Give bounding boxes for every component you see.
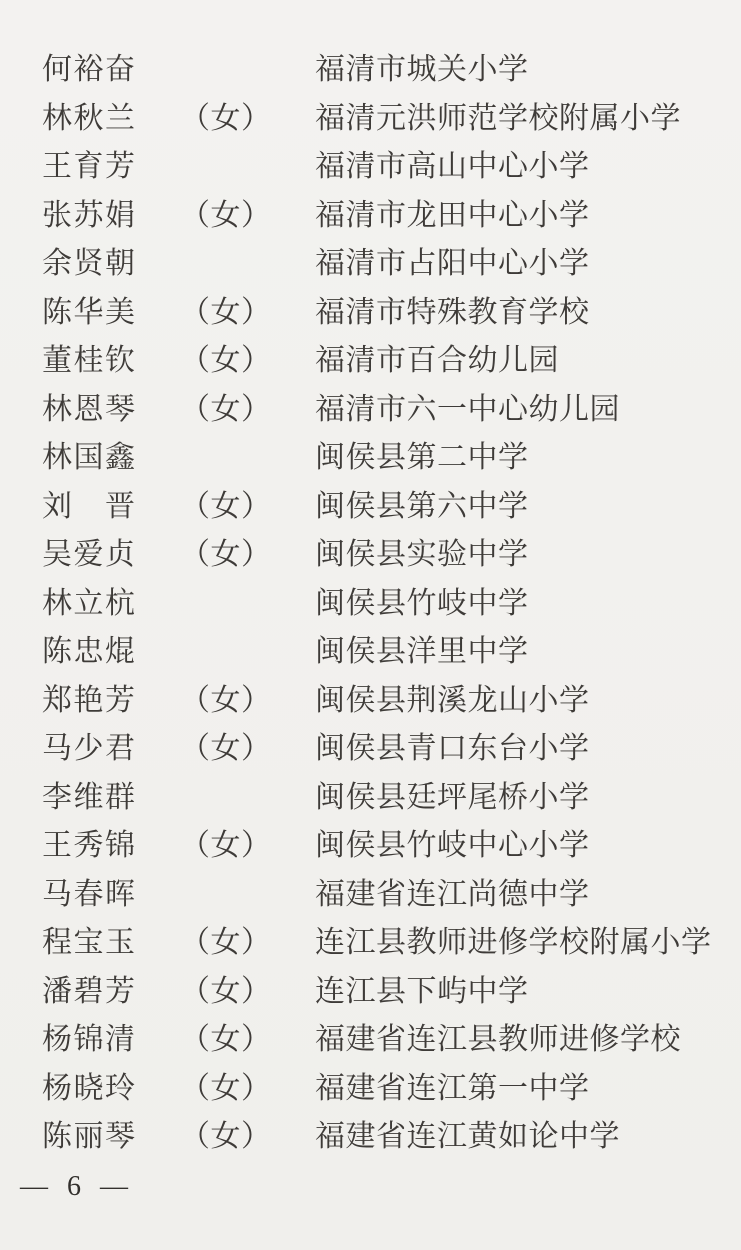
teacher-name: 王秀锦 xyxy=(42,831,180,861)
table-row: 马春晖 福建省连江尚德中学 xyxy=(42,871,731,920)
gender-marker: （女） xyxy=(180,831,315,861)
page-number: — 6 — xyxy=(20,1171,731,1203)
school-name: 福建省连江黄如论中学 xyxy=(315,1122,731,1152)
gender-marker: （女） xyxy=(180,540,315,570)
school-name: 福清市特殊教育学校 xyxy=(315,298,731,328)
table-row: 林国鑫 闽侯县第二中学 xyxy=(42,434,731,483)
school-name: 连江县下屿中学 xyxy=(315,977,731,1007)
teacher-name: 马春晖 xyxy=(42,880,180,910)
school-name: 闽侯县洋里中学 xyxy=(315,637,731,667)
teacher-name: 张苏娟 xyxy=(42,201,180,231)
teacher-name: 李维群 xyxy=(42,783,180,813)
table-row: 潘碧芳 （女） 连江县下屿中学 xyxy=(42,968,731,1017)
teacher-name: 何裕奋 xyxy=(42,55,180,85)
teacher-name: 董桂钦 xyxy=(42,346,180,376)
table-row: 陈华美 （女） 福清市特殊教育学校 xyxy=(42,289,731,338)
school-name: 闽侯县第六中学 xyxy=(315,492,731,522)
school-name: 闽侯县第二中学 xyxy=(315,443,731,473)
table-row: 董桂钦 （女） 福清市百合幼儿园 xyxy=(42,337,731,386)
school-name: 福清市龙田中心小学 xyxy=(315,201,731,231)
teacher-name: 陈忠焜 xyxy=(42,637,180,667)
gender-marker: （女） xyxy=(180,928,315,958)
teacher-name: 林立杭 xyxy=(42,589,180,619)
table-row: 王秀锦 （女） 闽侯县竹岐中心小学 xyxy=(42,822,731,871)
table-row: 王育芳 福清市高山中心小学 xyxy=(42,143,731,192)
school-name: 闽侯县荆溪龙山小学 xyxy=(315,686,731,716)
table-row: 林秋兰 （女） 福清元洪师范学校附属小学 xyxy=(42,95,731,144)
teacher-name: 陈华美 xyxy=(42,298,180,328)
table-row: 林恩琴 （女） 福清市六一中心幼儿园 xyxy=(42,386,731,435)
table-row: 杨晓玲 （女） 福建省连江第一中学 xyxy=(42,1065,731,1114)
gender-marker: （女） xyxy=(180,395,315,425)
school-name: 福建省连江第一中学 xyxy=(315,1074,731,1104)
table-row: 吴爱贞 （女） 闽侯县实验中学 xyxy=(42,531,731,580)
school-name: 福建省连江尚德中学 xyxy=(315,880,731,910)
teacher-name: 林恩琴 xyxy=(42,395,180,425)
document-page: 何裕奋 福清市城关小学 林秋兰 （女） 福清元洪师范学校附属小学 王育芳 福清市… xyxy=(0,0,741,1250)
school-name: 闽侯县竹岐中学 xyxy=(315,589,731,619)
school-name: 闽侯县竹岐中心小学 xyxy=(315,831,731,861)
gender-marker: （女） xyxy=(180,201,315,231)
teacher-name: 刘 晋 xyxy=(42,492,180,522)
gender-marker: （女） xyxy=(180,346,315,376)
table-row: 程宝玉 （女） 连江县教师进修学校附属小学 xyxy=(42,919,731,968)
school-name: 福清市城关小学 xyxy=(315,55,731,85)
gender-marker: （女） xyxy=(180,298,315,328)
table-row: 杨锦清 （女） 福建省连江县教师进修学校 xyxy=(42,1016,731,1065)
school-name: 福建省连江县教师进修学校 xyxy=(315,1025,731,1055)
school-name: 连江县教师进修学校附属小学 xyxy=(315,928,731,958)
teacher-name: 杨晓玲 xyxy=(42,1074,180,1104)
table-row: 何裕奋 福清市城关小学 xyxy=(42,46,731,95)
gender-marker: （女） xyxy=(180,977,315,1007)
gender-marker: （女） xyxy=(180,1074,315,1104)
teacher-name: 王育芳 xyxy=(42,152,180,182)
table-row: 李维群 闽侯县廷坪尾桥小学 xyxy=(42,774,731,823)
table-row: 陈丽琴 （女） 福建省连江黄如论中学 xyxy=(42,1113,731,1162)
school-name: 闽侯县廷坪尾桥小学 xyxy=(315,783,731,813)
school-name: 福清元洪师范学校附属小学 xyxy=(315,104,731,134)
gender-marker: （女） xyxy=(180,104,315,134)
gender-marker: （女） xyxy=(180,1122,315,1152)
teacher-name: 杨锦清 xyxy=(42,1025,180,1055)
school-name: 闽侯县实验中学 xyxy=(315,540,731,570)
teacher-name: 郑艳芳 xyxy=(42,686,180,716)
teacher-name: 余贤朝 xyxy=(42,249,180,279)
school-name: 福清市六一中心幼儿园 xyxy=(315,395,731,425)
table-row: 郑艳芳 （女） 闽侯县荆溪龙山小学 xyxy=(42,677,731,726)
teacher-name: 马少君 xyxy=(42,734,180,764)
school-name: 福清市占阳中心小学 xyxy=(315,249,731,279)
teacher-name: 程宝玉 xyxy=(42,928,180,958)
teacher-roster: 何裕奋 福清市城关小学 林秋兰 （女） 福清元洪师范学校附属小学 王育芳 福清市… xyxy=(42,46,731,1162)
table-row: 刘 晋 （女） 闽侯县第六中学 xyxy=(42,483,731,532)
table-row: 陈忠焜 闽侯县洋里中学 xyxy=(42,628,731,677)
gender-marker: （女） xyxy=(180,686,315,716)
teacher-name: 林国鑫 xyxy=(42,443,180,473)
teacher-name: 林秋兰 xyxy=(42,104,180,134)
school-name: 福清市高山中心小学 xyxy=(315,152,731,182)
teacher-name: 潘碧芳 xyxy=(42,977,180,1007)
gender-marker: （女） xyxy=(180,1025,315,1055)
teacher-name: 吴爱贞 xyxy=(42,540,180,570)
school-name: 闽侯县青口东台小学 xyxy=(315,734,731,764)
table-row: 张苏娟 （女） 福清市龙田中心小学 xyxy=(42,192,731,241)
table-row: 马少君 （女） 闽侯县青口东台小学 xyxy=(42,725,731,774)
table-row: 余贤朝 福清市占阳中心小学 xyxy=(42,240,731,289)
gender-marker: （女） xyxy=(180,734,315,764)
school-name: 福清市百合幼儿园 xyxy=(315,346,731,376)
table-row: 林立杭 闽侯县竹岐中学 xyxy=(42,580,731,629)
gender-marker: （女） xyxy=(180,492,315,522)
teacher-name: 陈丽琴 xyxy=(42,1122,180,1152)
